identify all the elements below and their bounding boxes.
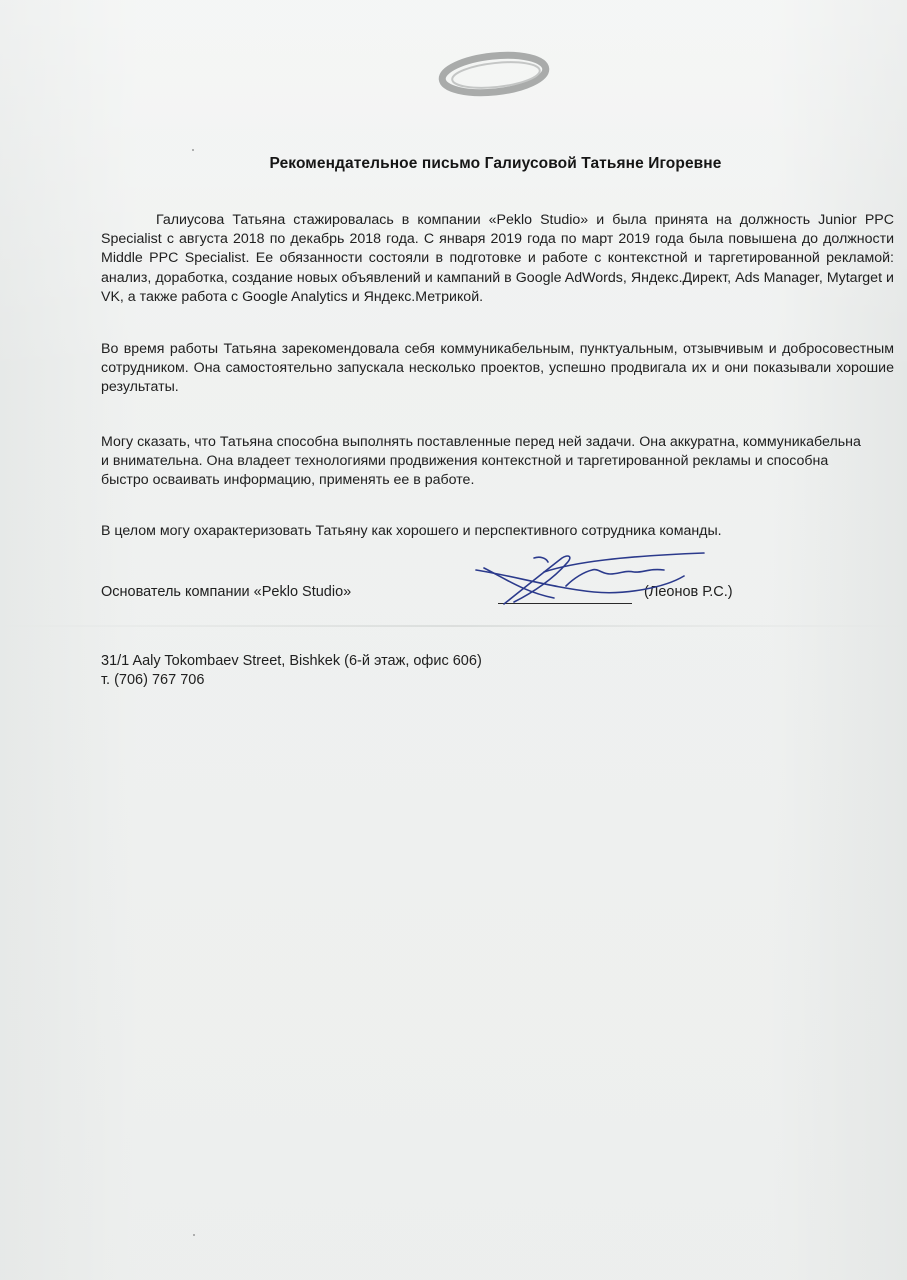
address-line: 31/1 Aaly Tokombaev Street, Bishkek (6-й… <box>101 652 482 671</box>
paper-fold-line <box>0 625 907 627</box>
paragraph-qualities: Во время работы Татьяна зарекомендовала … <box>101 340 894 398</box>
company-address-block: 31/1 Aaly Tokombaev Street, Bishkek (6-й… <box>101 652 482 689</box>
paragraph-employment: Галиусова Татьяна стажировалась в компан… <box>101 211 894 307</box>
paragraph-skills: Могу сказать, что Татьяна способна выпол… <box>101 433 871 491</box>
paper-speck <box>193 1234 195 1236</box>
paper-speck <box>192 149 194 151</box>
paper-sheet <box>0 0 907 1280</box>
signer-position: Основатель компании «Peklo Studio» <box>101 584 351 600</box>
paragraph-conclusion: В целом могу охарактеризовать Татьяну ка… <box>101 522 894 541</box>
phone-line: т. (706) 767 706 <box>101 671 482 690</box>
letter-title: Рекомендательное письмо Галиусовой Татья… <box>0 155 907 173</box>
ring-logo-icon <box>437 51 551 97</box>
handwritten-signature <box>474 548 714 610</box>
